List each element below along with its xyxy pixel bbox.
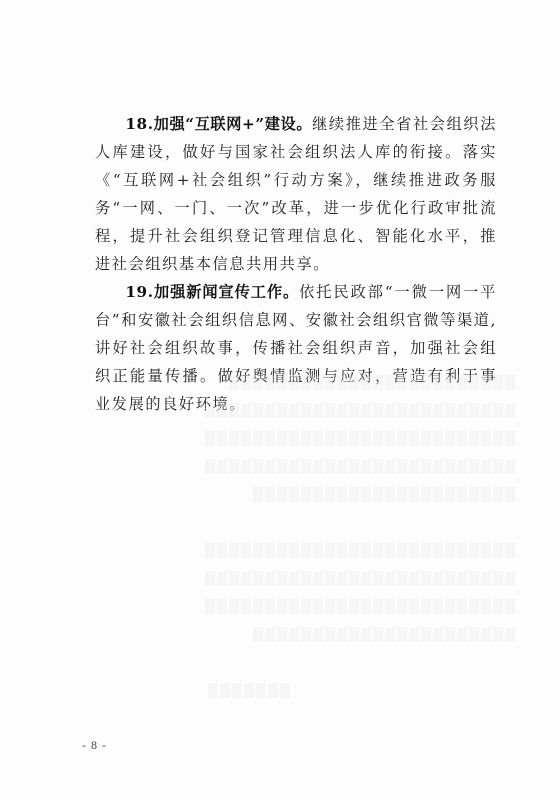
bleed-through-line: ▒▒▒▒▒▒▒▒▒▒▒▒▒▒▒▒▒▒▒▒▒▒▒▒▒▒ — [95, 454, 515, 482]
bleed-through-line: ▒▒▒▒▒▒▒ — [95, 678, 515, 706]
document-page: 18.加强“互联网+”建设。继续推进全省社会组织法人库建设，做好与国家社会组织法… — [0, 0, 560, 800]
bleed-through-line: ▒▒▒▒▒▒▒▒▒▒▒▒▒▒▒▒▒▒▒▒▒▒▒▒▒▒ — [95, 566, 515, 594]
bleed-through-line: ▒▒▒▒▒▒▒▒▒▒▒▒▒▒▒▒▒▒▒▒▒▒▒▒▒▒ — [95, 426, 515, 454]
bleed-through-line — [95, 650, 515, 678]
bleed-through-line: ▒▒▒▒▒▒▒▒▒▒▒▒▒▒▒▒▒▒▒▒▒▒▒▒▒▒ — [95, 594, 515, 622]
paragraph-19-heading: 19.加强新闻宣传工作。 — [125, 283, 299, 301]
bleed-through-line: ▒▒▒▒▒▒▒▒▒▒▒▒▒▒▒▒▒▒▒▒▒▒ — [95, 622, 515, 650]
page-number: - 8 - — [82, 738, 107, 753]
bleed-through-line: ▒▒▒▒▒▒▒▒▒▒▒▒▒▒▒▒▒▒▒▒▒▒ — [95, 482, 515, 510]
bleed-through-line: ▒▒▒▒▒▒▒▒▒▒▒▒▒▒▒▒▒▒▒▒▒▒▒▒▒▒ — [95, 538, 515, 566]
paragraph-18-text: 继续推进全省社会组织法人库建设，做好与国家社会组织法人库的衔接。落实《“互联网+… — [95, 115, 497, 273]
bleed-through-texture: ▒▒▒▒▒▒▒▒▒▒▒▒▒▒▒▒▒▒▒▒▒▒▒▒ ▒▒▒▒▒▒▒▒▒▒▒▒▒▒▒… — [95, 370, 515, 706]
bleed-through-line: ▒▒▒▒▒▒▒▒▒▒▒▒▒▒▒▒▒▒▒▒▒▒▒▒▒▒ — [95, 398, 515, 426]
paragraph-18-heading: 18.加强“互联网+”建设。 — [125, 115, 312, 133]
bleed-through-line — [95, 510, 515, 538]
bleed-through-line: ▒▒▒▒▒▒▒▒▒▒▒▒▒▒▒▒▒▒▒▒▒▒▒▒ — [95, 370, 515, 398]
paragraph-18: 18.加强“互联网+”建设。继续推进全省社会组织法人库建设，做好与国家社会组织法… — [95, 110, 497, 278]
